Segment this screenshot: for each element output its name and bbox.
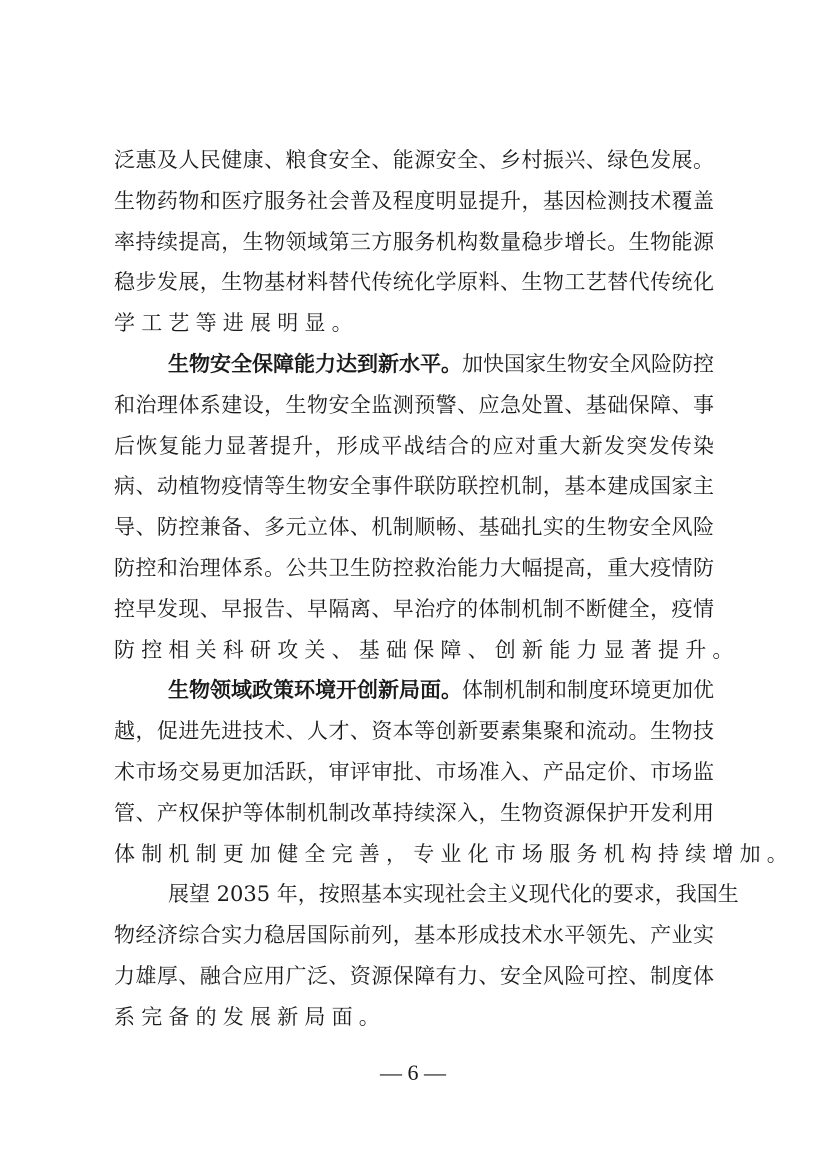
- text-line: 导、防控兼备、多元立体、机制顺畅、基础扎实的生物安全风险: [114, 507, 714, 548]
- text-line: 术市场交易更加活跃，审评审批、市场准入、产品定价、市场监: [114, 752, 714, 793]
- text-line: 病、动植物疫情等生物安全事件联防联控机制，基本建成国家主: [114, 466, 714, 507]
- text-run: 加快国家生物安全风险防控: [462, 352, 714, 376]
- text-line: 展望 2035 年，按照基本实现社会主义现代化的要求，我国生: [114, 874, 714, 915]
- text-line: 和治理体系建设，生物安全监测预警、应急处置、基础保障、事: [114, 385, 714, 426]
- text-line: 学工艺等进展明显。: [114, 303, 714, 344]
- paragraph-biosecurity: 生物安全保障能力达到新水平。加快国家生物安全风险防控 和治理体系建设，生物安全监…: [114, 344, 714, 670]
- text-line: 生物领域政策环境开创新局面。体制机制和制度环境更加优: [114, 670, 714, 711]
- text-line: 防控相关科研攻关、基础保障、创新能力显著提升。: [114, 630, 714, 671]
- paragraph-benefits: 泛惠及人民健康、粮食安全、能源安全、乡村振兴、绿色发展。 生物药物和医疗服务社会…: [114, 140, 714, 344]
- text-line: 管、产权保护等体制机制改革持续深入，生物资源保护开发利用: [114, 793, 714, 834]
- text-line: 力雄厚、融合应用广泛、资源保障有力、安全风险可控、制度体: [114, 956, 714, 997]
- text-line: 稳步发展，生物基材料替代传统化学原料、生物工艺替代传统化: [114, 262, 714, 303]
- text-line: 生物安全保障能力达到新水平。加快国家生物安全风险防控: [114, 344, 714, 385]
- paragraph-outlook-2035: 展望 2035 年，按照基本实现社会主义现代化的要求，我国生 物经济综合实力稳居…: [114, 874, 714, 1037]
- document-body: 泛惠及人民健康、粮食安全、能源安全、乡村振兴、绿色发展。 生物药物和医疗服务社会…: [114, 140, 714, 1038]
- text-line: 物经济综合实力稳居国际前列，基本形成技术水平领先、产业实: [114, 915, 714, 956]
- text-line: 后恢复能力显著提升，形成平战结合的应对重大新发突发传染: [114, 426, 714, 467]
- text-line: 控早发现、早报告、早隔离、早治疗的体制机制不断健全，疫情: [114, 589, 714, 630]
- text-line: 系完备的发展新局面。: [114, 997, 714, 1038]
- paragraph-policy-environment: 生物领域政策环境开创新局面。体制机制和制度环境更加优 越，促进先进技术、人才、资…: [114, 670, 714, 874]
- page-number: — 6 —: [0, 1060, 826, 1086]
- text-run: 体制机制和制度环境更加优: [462, 678, 714, 702]
- paragraph-heading: 生物安全保障能力达到新水平。: [168, 352, 462, 376]
- text-line: 越，促进先进技术、人才、资本等创新要素集聚和流动。生物技: [114, 711, 714, 752]
- paragraph-heading: 生物领域政策环境开创新局面。: [168, 678, 462, 702]
- text-line: 率持续提高，生物领域第三方服务机构数量稳步增长。生物能源: [114, 222, 714, 263]
- document-page: 泛惠及人民健康、粮食安全、能源安全、乡村振兴、绿色发展。 生物药物和医疗服务社会…: [0, 0, 826, 1169]
- text-line: 泛惠及人民健康、粮食安全、能源安全、乡村振兴、绿色发展。: [114, 140, 714, 181]
- text-line: 防控和治理体系。公共卫生防控救治能力大幅提高，重大疫情防: [114, 548, 714, 589]
- text-line: 体制机制更加健全完善，专业化市场服务机构持续增加。: [114, 834, 714, 875]
- text-line: 生物药物和医疗服务社会普及程度明显提升，基因检测技术覆盖: [114, 181, 714, 222]
